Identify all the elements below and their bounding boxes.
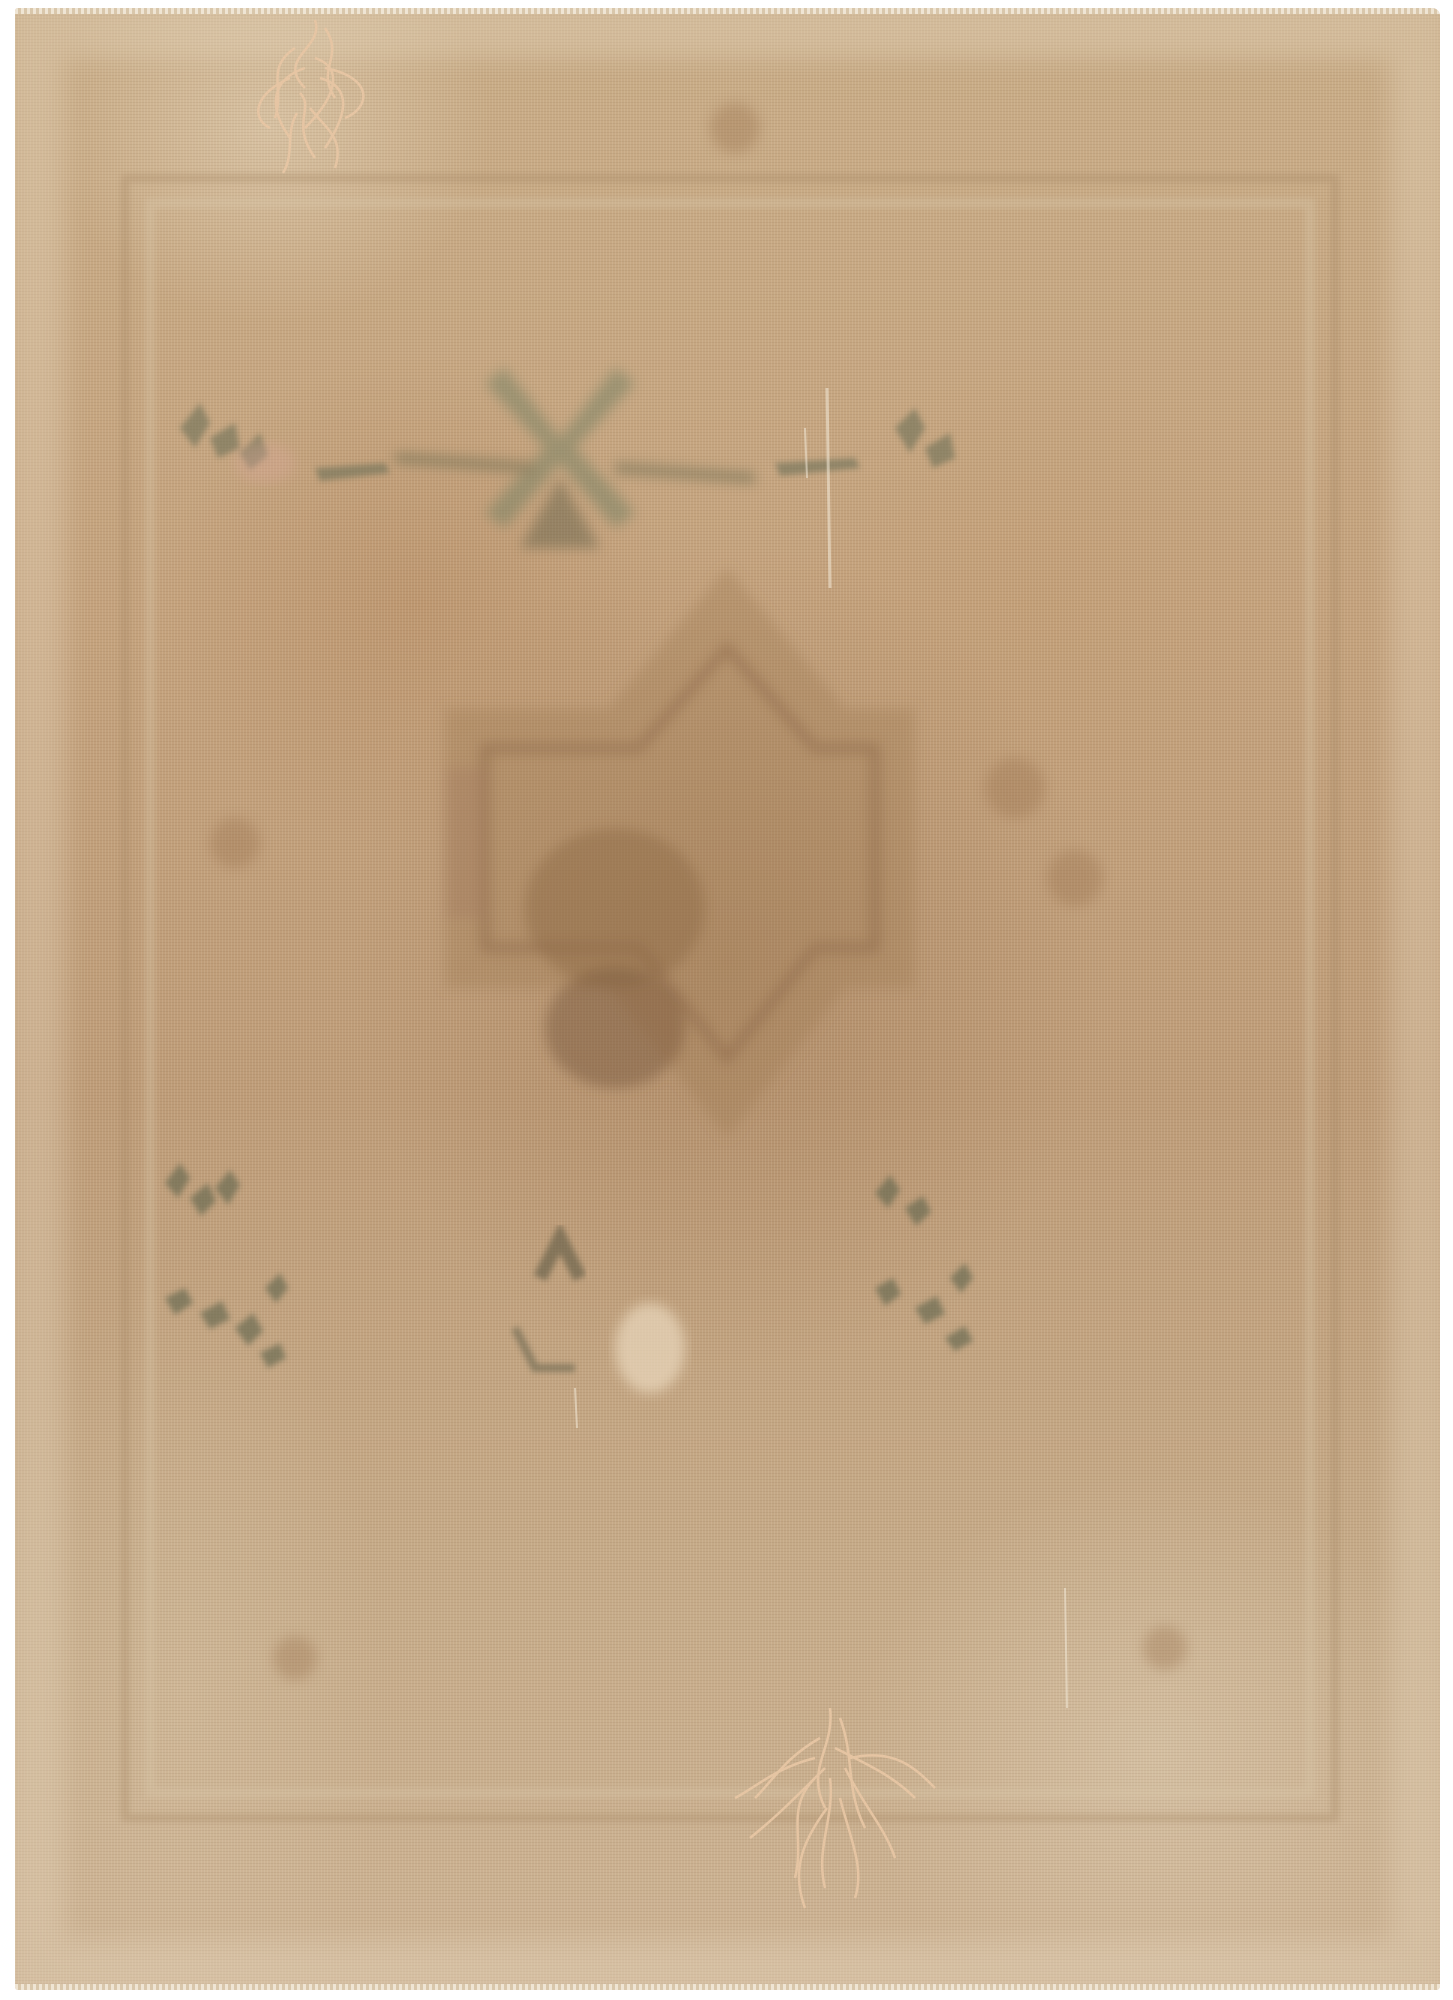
rug-bottom-edge xyxy=(15,1984,1440,1990)
right-sprig-lower xyxy=(875,1175,973,1351)
central-medallion xyxy=(445,568,915,1138)
rug-motifs xyxy=(15,8,1440,1990)
lower-arch-motif xyxy=(515,1238,580,1368)
upper-x-motif xyxy=(395,368,755,548)
rug-top-edge xyxy=(15,8,1440,14)
left-sprig-lower xyxy=(165,1163,288,1368)
fringe-tuft-bottom xyxy=(735,1708,935,1908)
blush-patch xyxy=(235,443,295,483)
vintage-rug xyxy=(15,8,1440,1990)
right-sprig-upper xyxy=(775,408,955,476)
photo-stage xyxy=(0,0,1453,2000)
worn-spot xyxy=(615,1303,685,1393)
